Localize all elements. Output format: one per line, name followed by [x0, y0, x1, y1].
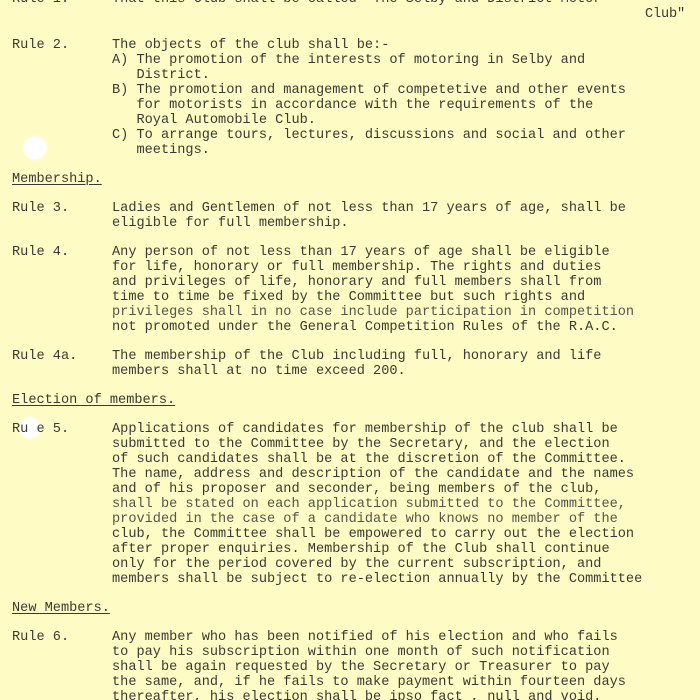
rule-2-item-a-line-2: District.	[112, 68, 210, 83]
rule-5-line-11: members shall be subject to re-election …	[112, 572, 642, 587]
rule-5-line-6: shall be stated on each application subm…	[112, 497, 626, 512]
rule-3-line-1: Ladies and Gentlemen of not less than 17…	[112, 201, 626, 216]
section-heading-membership: Membership.	[12, 172, 102, 187]
rule-5-line-1: Applications of candidates for membershi…	[112, 422, 618, 437]
rule-4-line-6: not promoted under the General Competiti…	[112, 320, 618, 335]
rule-4-line-1: Any person of not less than 17 years of …	[112, 245, 610, 260]
rule-6-line-5: thereafter, his election shall be ipso f…	[112, 690, 601, 700]
rule-4-label: Rule 4.	[12, 245, 69, 260]
rule-1-text-line-1: That this Club shall be called "The Selb…	[112, 0, 601, 7]
rule-4a-line-2: members shall at no time exceed 200.	[112, 364, 406, 379]
rule-2-item-b-line-3: Royal Automobile Club.	[112, 113, 316, 128]
rule-6-line-2: to pay his subscription within one month…	[112, 645, 610, 660]
rule-5-line-4: The name, address and description of the…	[112, 467, 634, 482]
rule-2-intro: The objects of the club shall be:-	[112, 38, 389, 53]
punch-hole-top	[24, 137, 46, 159]
rule-3-label: Rule 3.	[12, 201, 69, 216]
rule-5-label: Ru e 5.	[12, 422, 69, 437]
rule-5-line-7: provided in the case of a candidate who …	[112, 512, 618, 527]
rule-3-line-2: eligible for full membership.	[112, 216, 349, 231]
rule-5-line-8: club, the Committee shall be empowered t…	[112, 527, 634, 542]
rule-4-line-4: time to time be fixed by the Committee b…	[112, 290, 585, 305]
rule-2-item-b-line-2: for motorists in accordance with the req…	[112, 98, 593, 113]
rule-4-line-3: and privileges of life, honorary and ful…	[112, 275, 601, 290]
rule-6-line-3: shall be again requested by the Secretar…	[112, 660, 610, 675]
rule-5-line-9: after proper enquiries. Membership of th…	[112, 542, 610, 557]
rule-2-label: Rule 2.	[12, 38, 69, 53]
rule-1-text-line-2: Club"	[645, 7, 685, 22]
rule-2-item-b-line-1: B) The promotion and management of compe…	[112, 83, 626, 98]
section-heading-new-members: New Members.	[12, 601, 110, 616]
rule-6-label: Rule 6.	[12, 630, 69, 645]
rule-5-line-3: of such candidates shall be at the discr…	[112, 452, 626, 467]
rule-4a-label: Rule 4a.	[12, 349, 77, 364]
section-heading-election-of-members: Election of members.	[12, 393, 175, 408]
typed-document-page: Rule 1. That this Club shall be called "…	[0, 0, 700, 700]
rule-2-item-a-line-1: A) The promotion of the interests of mot…	[112, 53, 585, 68]
rule-5-line-5: and of his proposer and seconder, being …	[112, 482, 601, 497]
rule-6-line-1: Any member who has been notified of his …	[112, 630, 618, 645]
rule-2-item-c-line-1: C) To arrange tours, lectures, discussio…	[112, 128, 626, 143]
rule-5-line-10: only for the period covered by the curre…	[112, 557, 601, 572]
rule-4-line-2: for life, honorary or full membership. T…	[112, 260, 601, 275]
rule-4-line-5: privileges shall in no case include part…	[112, 305, 634, 320]
rule-6-line-4: the same, and, if he fails to make payme…	[112, 675, 626, 690]
rule-5-line-2: submitted to the Committee by the Secret…	[112, 437, 610, 452]
rule-2-item-c-line-2: meetings.	[112, 143, 210, 158]
rule-4a-line-1: The membership of the Club including ful…	[112, 349, 601, 364]
rule-1-label: Rule 1.	[12, 0, 69, 7]
